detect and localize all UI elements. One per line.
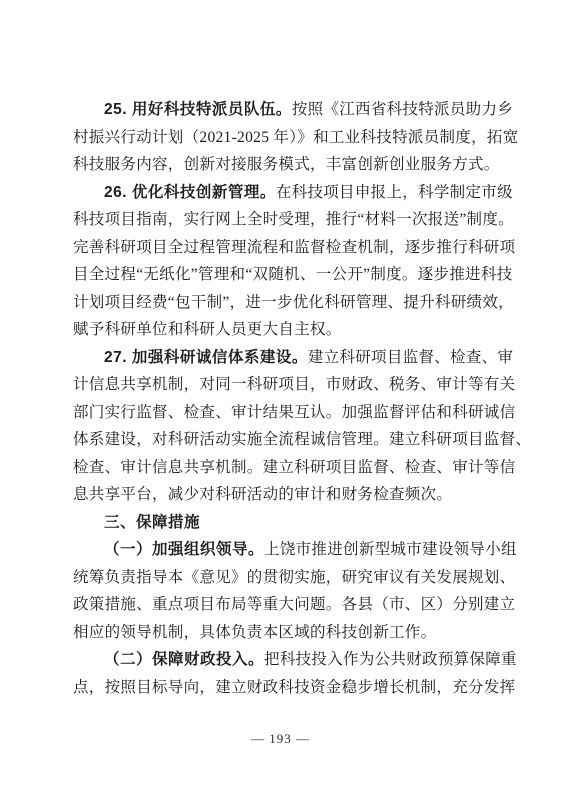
text-line: 计划项目经费“包干制”，进一步优化科研管理、提升科研绩效， xyxy=(73,289,506,317)
text-line: 赋予科研单位和科研人员更大自主权。 xyxy=(73,316,506,344)
line-text: 点，按照目标导向，建立财政科技资金稳步增长机制，充分发挥 xyxy=(73,679,515,696)
document-body: 25. 用好科技特派员队伍。按照《江西省科技特派员助力乡村振兴行动计划（2021… xyxy=(73,96,506,701)
text-line: 点，按照目标导向，建立财政科技资金稳步增长机制，充分发挥 xyxy=(73,674,506,702)
line-text: 息共享平台，减少对科研活动的审计和财务检查频次。 xyxy=(73,486,452,503)
line-text: 政策措施、重点项目布局等重大问题。各县（市、区）分别建立 xyxy=(73,596,515,613)
text-line: 检查、审计信息共享机制。建立科研项目监督、检查、审计等信 xyxy=(73,454,506,482)
text-line: 息共享平台，减少对科研活动的审计和财务检查频次。 xyxy=(73,481,506,509)
text-line: 相应的领导机制，具体负责本区域的科技创新工作。 xyxy=(73,619,506,647)
text-line: 完善科研项目全过程管理流程和监督检查机制，逐步推行科研项 xyxy=(73,234,506,262)
line-text: 计信息共享机制，对同一科研项目，市财政、税务、审计等有关 xyxy=(73,376,515,393)
line-text: 部门实行监督、检查、审计结果互认。加强监督评估和科研诚信 xyxy=(73,404,515,421)
text-line: （一）加强组织领导。上饶市推进创新型城市建设领导小组 xyxy=(73,536,506,564)
line-lead-bold: 26. 优化科技创新管理。 xyxy=(104,184,276,201)
page-number: — 193 — xyxy=(0,731,561,747)
text-line: 科技项目指南，实行网上全时受理，推行“材料一次报送”制度。 xyxy=(73,206,506,234)
line-text: 完善科研项目全过程管理流程和监督检查机制，逐步推行科研项 xyxy=(73,239,515,256)
line-text: 目全过程“无纸化”管理和“双随机、一公开”制度。逐步推进科技 xyxy=(73,266,513,283)
line-lead-bold: 27. 加强科研诚信体系建设。 xyxy=(104,349,308,366)
line-text: 检查、审计信息共享机制。建立科研项目监督、检查、审计等信 xyxy=(73,459,515,476)
text-line: 27. 加强科研诚信体系建设。建立科研项目监督、检查、审 xyxy=(73,344,506,372)
line-text: 上饶市推进创新型城市建设领导小组 xyxy=(264,541,517,558)
line-text: 赋予科研单位和科研人员更大自主权。 xyxy=(73,321,342,338)
line-text: 按照《江西省科技特派员助力乡 xyxy=(292,101,513,118)
text-line: 计信息共享机制，对同一科研项目，市财政、税务、审计等有关 xyxy=(73,371,506,399)
text-line: 26. 优化科技创新管理。在科技项目申报上，科学制定市级 xyxy=(73,179,506,207)
line-text: 科技项目指南，实行网上全时受理，推行“材料一次报送”制度。 xyxy=(73,211,514,228)
document-page: { "colors": { "background": "#ffffff", "… xyxy=(0,0,561,793)
text-line: （二）保障财政投入。把科技投入作为公共财政预算保障重 xyxy=(73,646,506,674)
text-line: 部门实行监督、检查、审计结果互认。加强监督评估和科研诚信 xyxy=(73,399,506,427)
text-line: 目全过程“无纸化”管理和“双随机、一公开”制度。逐步推进科技 xyxy=(73,261,506,289)
line-text: 相应的领导机制，具体负责本区域的科技创新工作。 xyxy=(73,624,436,641)
line-text: 把科技投入作为公共财政预算保障重 xyxy=(264,651,517,668)
text-line: 三、保障措施 xyxy=(73,509,506,537)
line-text: 计划项目经费“包干制”，进一步优化科研管理、提升科研绩效， xyxy=(73,294,514,311)
line-lead-bold: 三、保障措施 xyxy=(104,514,200,531)
line-lead-bold: 25. 用好科技特派员队伍。 xyxy=(104,101,292,118)
text-line: 统筹负责指导本《意见》的贯彻实施，研究审议有关发展规划、 xyxy=(73,564,506,592)
text-line: 政策措施、重点项目布局等重大问题。各县（市、区）分别建立 xyxy=(73,591,506,619)
line-lead-bold: （一）加强组织领导。 xyxy=(104,541,264,558)
text-line: 村振兴行动计划（2021-2025 年）》和工业科技特派员制度，拓宽 xyxy=(73,124,506,152)
line-text: 统筹负责指导本《意见》的贯彻实施，研究审议有关发展规划、 xyxy=(73,569,515,586)
line-text: 建立科研项目监督、检查、审 xyxy=(308,349,513,366)
text-line: 科技服务内容，创新对接服务模式，丰富创新创业服务方式。 xyxy=(73,151,506,179)
line-text: 科技服务内容，创新对接服务模式，丰富创新创业服务方式。 xyxy=(73,156,500,173)
text-line: 体系建设，对科研活动实施全流程诚信管理。建立科研项目监督、 xyxy=(73,426,506,454)
text-line: 25. 用好科技特派员队伍。按照《江西省科技特派员助力乡 xyxy=(73,96,506,124)
line-text: 村振兴行动计划（2021-2025 年）》和工业科技特派员制度，拓宽 xyxy=(73,129,519,146)
line-text: 在科技项目申报上，科学制定市级 xyxy=(276,184,513,201)
line-lead-bold: （二）保障财政投入。 xyxy=(104,651,264,668)
line-text: 体系建设，对科研活动实施全流程诚信管理。建立科研项目监督、 xyxy=(73,431,531,448)
